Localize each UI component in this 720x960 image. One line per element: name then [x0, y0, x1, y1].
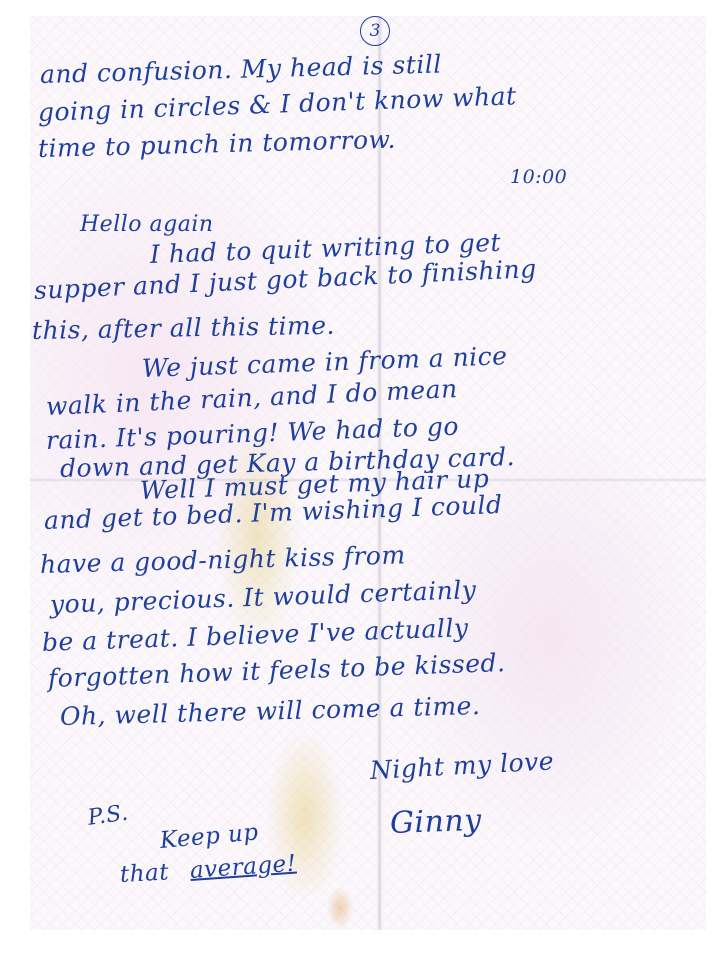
letter-line-3: time to punch in tomorrow.	[38, 125, 397, 163]
postscript-line-2b: average!	[189, 851, 297, 884]
letter-line-8: this, after all this time.	[32, 311, 335, 345]
letter-line-2: going in circles & I don't know what	[37, 81, 517, 127]
letter-line-16: you, precious. It would certainly	[49, 575, 476, 619]
letter-page: 3 and confusion. My head is still going …	[30, 16, 706, 930]
postscript-line-2a: that	[119, 859, 169, 888]
letter-line-17: be a treat. I believe I've actually	[41, 613, 468, 657]
letter-line-18: forgotten how it feels to be kissed.	[47, 648, 505, 693]
time-note: 10:00	[510, 166, 567, 188]
postscript-label: P.S.	[86, 800, 130, 830]
letter-line-15: have a good-night kiss from	[40, 540, 406, 579]
postscript-line-1: Keep up	[159, 819, 260, 854]
sign-off: Night my love	[369, 746, 554, 785]
letter-line-19: Oh, well there will come a time.	[60, 691, 481, 731]
greeting: Hello again	[80, 212, 214, 237]
signature: Ginny	[389, 803, 482, 841]
page-number: 3	[360, 16, 390, 46]
